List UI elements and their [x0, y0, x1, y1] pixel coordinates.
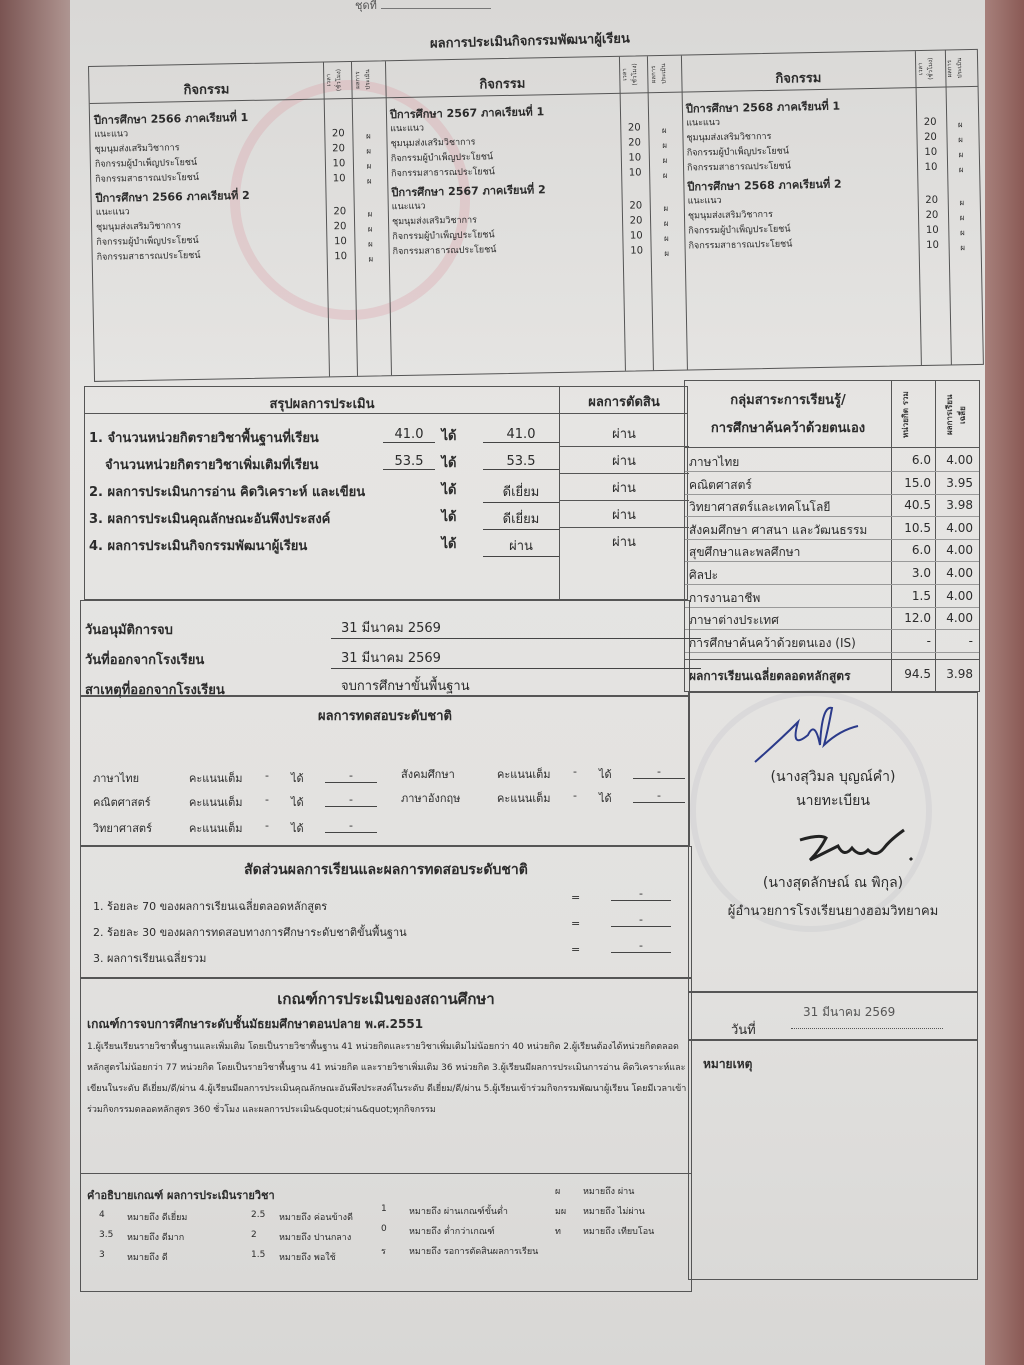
- summary-got: 53.5: [483, 454, 559, 470]
- result-header: ผลการประเมิน: [945, 52, 974, 85]
- subject-gpa: 4.00: [935, 611, 973, 625]
- subject-credits: 6.0: [891, 453, 931, 467]
- summary-decision: ผ่าน: [559, 450, 689, 471]
- legend-meaning: หมายถึง ปานกลาง: [279, 1230, 351, 1244]
- activity-name: กิจกรรมผู้บำเพ็ญประโยชน์: [96, 233, 198, 249]
- director-name: (นางสุดลักษณ์ ณ พิกุล): [688, 872, 978, 894]
- notes-label: หมายเหตุ: [703, 1055, 752, 1074]
- activity-name: ชุมนุมส่งเสริมวิชาการ: [392, 213, 477, 229]
- national-test-subject: สังคมศึกษา: [401, 765, 455, 783]
- summary-label: 1. จำนวนหน่วยกิตรายวิชาพื้นฐานที่เรียน: [89, 427, 319, 448]
- activity-name: กิจกรรมสาธารณประโยชน์: [688, 237, 792, 253]
- subject-credits: 3.0: [891, 566, 931, 580]
- leave-reason-value: จบการศึกษาขั้นพื้นฐาน: [331, 675, 701, 696]
- full-score-label: คะแนนเต็ม: [497, 765, 551, 783]
- activity-name: แนะแนว: [688, 193, 722, 208]
- subject-credits: 40.5: [891, 498, 931, 512]
- set-number-blank: [381, 8, 491, 9]
- subject-group-table: กลุ่มสาระการเรียนรู้/ การศึกษาค้นคว้าด้ว…: [684, 380, 980, 692]
- subject-gpa: 4.00: [935, 566, 973, 580]
- result-header: ผลการประเมิน: [649, 58, 678, 91]
- criteria-title: เกณฑ์การประเมินของสถานศึกษา: [81, 987, 691, 1011]
- legend-meaning: หมายถึง ไม่ผ่าน: [583, 1204, 645, 1218]
- ratio-value: -: [611, 939, 671, 953]
- subject-credits: 15.0: [891, 476, 931, 490]
- activity-hours: 20: [622, 200, 650, 212]
- activity-result: ผ: [949, 241, 977, 255]
- activity-name: กิจกรรมผู้บำเพ็ญประโยชน์: [392, 227, 494, 243]
- full-score-value: -: [265, 769, 269, 782]
- activity-name: กิจกรรมผู้บำเพ็ญประโยชน์: [95, 155, 197, 171]
- activity-name: กิจกรรมสาธารณประโยชน์: [391, 164, 495, 180]
- credits-header: หน่วยกิต รวม: [899, 387, 927, 443]
- subject-name: สังคมศึกษา ศาสนา และวัฒนธรรม: [689, 521, 867, 540]
- result-header: ผลการประเมิน: [353, 63, 382, 96]
- activity-hours: 20: [326, 221, 354, 233]
- got-label: ได้: [437, 479, 461, 500]
- ratio-label: 1. ร้อยละ 70 ของผลการเรียนเฉลี่ยตลอดหลัก…: [93, 897, 327, 915]
- legend-meaning: หมายถึง ดี: [127, 1250, 168, 1264]
- national-test-score: -: [633, 789, 685, 803]
- legend-code: 0: [381, 1224, 407, 1234]
- full-score-value: -: [573, 765, 577, 778]
- equals-sign: =: [571, 891, 580, 904]
- subject-header-line1: กลุ่มสาระการเรียนรู้/: [685, 389, 891, 410]
- subject-gpa: 4.00: [935, 589, 973, 603]
- activity-result: ผ: [947, 163, 975, 177]
- activity-result: ผ: [948, 211, 976, 225]
- ratio-label: 2. ร้อยละ 30 ของผลการทดสอบทางการศึกษาระด…: [93, 923, 407, 941]
- legend-meaning: หมายถึง ดีเยี่ยม: [127, 1210, 187, 1224]
- national-test-score: -: [325, 819, 377, 833]
- summary-got: ดีเยี่ยม: [483, 508, 559, 530]
- activity-name: แนะแนว: [94, 126, 128, 141]
- activity-name: กิจกรรมสาธารณประโยชน์: [392, 242, 496, 258]
- assessment-summary: สรุปผลการประเมิน ผลการตัดสิน 1. จำนวนหน่…: [84, 386, 688, 600]
- activity-name: แนะแนว: [96, 204, 130, 219]
- activity-hours: 20: [324, 128, 352, 140]
- activity-result: ผ: [356, 237, 384, 251]
- legend-code: 1: [381, 1204, 407, 1214]
- activity-hours: 10: [326, 236, 354, 248]
- full-score-label: คะแนนเต็ม: [189, 819, 243, 837]
- national-test-score: -: [325, 769, 377, 783]
- activity-name: แนะแนว: [686, 115, 720, 130]
- criteria-body: 1.ผู้เรียนเรียนรายวิชาพื้นฐานและเพิ่มเติ…: [87, 1037, 687, 1121]
- activity-table: กิจกรรมเวลา (ชั่วโมง)ผลการประเมินปีการศึ…: [88, 49, 984, 382]
- legend-code: 3: [99, 1250, 125, 1260]
- legend-code: 4: [99, 1210, 125, 1220]
- summary-got: ดีเยี่ยม: [483, 481, 559, 503]
- legend-meaning: หมายถึง ดีมาก: [127, 1230, 184, 1244]
- total-credits: 94.5: [891, 667, 931, 681]
- director-role: ผู้อำนวยการโรงเรียนยางฮอมวิทยาคม: [688, 900, 978, 921]
- activity-result: ผ: [355, 159, 383, 173]
- activity-name: กิจกรรมสาธารณประโยชน์: [95, 170, 199, 186]
- school-criteria: เกณฑ์การประเมินของสถานศึกษา เกณฑ์การจบกา…: [80, 978, 692, 1174]
- activity-hours: 20: [916, 132, 944, 144]
- legend-meaning: หมายถึง ค่อนข้างดี: [279, 1210, 353, 1224]
- activity-result: ผ: [948, 226, 976, 240]
- activity-name: กิจกรรมสาธารณประโยชน์: [97, 248, 201, 264]
- subject-credits: 1.5: [891, 589, 931, 603]
- full-score-label: คะแนนเต็ม: [189, 769, 243, 787]
- national-test-subject: ภาษาไทย: [93, 769, 139, 787]
- got-label: ได้: [599, 765, 612, 783]
- summary-decision: ผ่าน: [559, 504, 689, 525]
- got-label: ได้: [437, 452, 461, 473]
- subject-name: การงานอาชีพ: [689, 589, 760, 608]
- legend-code: 2.5: [251, 1210, 277, 1220]
- legend-meaning: หมายถึง ต่ำกว่าเกณฑ์: [409, 1224, 495, 1238]
- issue-date-section: วันที่ 31 มีนาคม 2569: [688, 992, 978, 1040]
- summary-decision: ผ่าน: [559, 423, 689, 444]
- gpa-header: ผลการเรียน เฉลี่ย: [943, 387, 971, 443]
- full-score-value: -: [573, 789, 577, 802]
- legend-meaning: หมายถึง พอใช้: [279, 1250, 336, 1264]
- overall-gpa: 3.98: [935, 667, 973, 681]
- activity-name: ชุมนุมส่งเสริมวิชาการ: [94, 140, 179, 156]
- issue-date-value: 31 มีนาคม 2569: [791, 1003, 943, 1029]
- activity-result: ผ: [947, 148, 975, 162]
- activity-name: แนะแนว: [392, 199, 426, 214]
- summary-label: 4. ผลการประเมินกิจกรรมพัฒนาผู้เรียน: [89, 535, 307, 556]
- approval-date-value: 31 มีนาคม 2569: [331, 617, 701, 639]
- subject-gpa: 3.95: [935, 476, 973, 490]
- subject-gpa: 4.00: [935, 543, 973, 557]
- activity-header: กิจกรรม: [681, 65, 915, 90]
- got-label: ได้: [291, 793, 304, 811]
- national-test-results: ผลการทดสอบระดับชาติ ภาษาไทยคะแนนเต็ม-ได้…: [80, 696, 690, 846]
- activity-result: ผ: [651, 139, 679, 153]
- activity-hours: 20: [620, 137, 648, 149]
- national-test-subject: ภาษาอังกฤษ: [401, 789, 460, 807]
- hours-header: เวลา (ชั่วโมง): [324, 64, 353, 97]
- activity-result: ผ: [651, 154, 679, 168]
- activity-hours: 20: [620, 122, 648, 134]
- subject-gpa: 3.98: [935, 498, 973, 512]
- full-score-label: คะแนนเต็ม: [189, 793, 243, 811]
- subject-name: วิทยาศาสตร์และเทคโนโลยี: [689, 498, 830, 517]
- national-test-subject: วิทยาศาสตร์: [93, 819, 152, 837]
- summary-label: 3. ผลการประเมินคุณลักษณะอันพึงประสงค์: [89, 508, 330, 529]
- activity-hours: 20: [916, 117, 944, 129]
- legend-code: 1.5: [251, 1250, 277, 1260]
- subject-gpa: 4.00: [935, 521, 973, 535]
- summary-decision: ผ่าน: [559, 477, 689, 498]
- subject-gpa: -: [935, 634, 973, 648]
- criteria-subtitle: เกณฑ์การจบการศึกษาระดับชั้นมัธยมศึกษาตอน…: [87, 1015, 423, 1034]
- subject-name: สุขศึกษาและพลศึกษา: [689, 543, 800, 562]
- set-number: ชุดที่: [355, 0, 491, 14]
- equals-sign: =: [571, 917, 580, 930]
- activity-hours: 20: [326, 206, 354, 218]
- activity-hours: 10: [325, 158, 353, 170]
- ratio-value: -: [611, 887, 671, 901]
- activity-name: กิจกรรมผู้บำเพ็ญประโยชน์: [391, 149, 493, 165]
- activity-name: กิจกรรมสาธารณประโยชน์: [687, 159, 791, 175]
- legend-title: คำอธิบายเกณฑ์ ผลการประเมินรายวิชา: [87, 1186, 275, 1204]
- summary-got: ผ่าน: [483, 535, 559, 557]
- activity-result: ผ: [357, 252, 385, 266]
- subject-header-line2: การศึกษาค้นคว้าด้วยตนเอง: [685, 417, 891, 438]
- full-score-label: คะแนนเต็ม: [497, 789, 551, 807]
- activity-name: ชุมนุมส่งเสริมวิชาการ: [686, 129, 771, 145]
- activity-hours: 10: [621, 167, 649, 179]
- activity-header: กิจกรรม: [89, 76, 323, 101]
- got-label: ได้: [437, 425, 461, 446]
- national-test-score: -: [633, 765, 685, 779]
- legend-meaning: หมายถึง ผ่าน: [583, 1184, 634, 1198]
- activity-hours: 10: [918, 240, 946, 252]
- legend-code: 2: [251, 1230, 277, 1240]
- got-label: ได้: [291, 819, 304, 837]
- activity-result: ผ: [650, 124, 678, 138]
- ratio-value: -: [611, 913, 671, 927]
- hours-header: เวลา (ชั่วโมง): [916, 53, 945, 86]
- registrar-name: (นางสุวิมล บุญณ์คำ): [688, 766, 978, 788]
- subject-name: ภาษาไทย: [689, 453, 739, 472]
- activity-name: กิจกรรมผู้บำเพ็ญประโยชน์: [687, 144, 789, 160]
- legend-code: 3.5: [99, 1230, 125, 1240]
- activity-result: ผ: [652, 232, 680, 246]
- activity-hours: 10: [325, 173, 353, 185]
- full-score-value: -: [265, 793, 269, 806]
- national-test-subject: คณิตศาสตร์: [93, 793, 151, 811]
- activity-hours: 10: [621, 152, 649, 164]
- set-number-label: ชุดที่: [355, 0, 377, 12]
- leave-date-value: 31 มีนาคม 2569: [331, 647, 701, 669]
- summary-studied: 53.5: [383, 454, 435, 470]
- ratio-title: สัดส่วนผลการเรียนและผลการทดสอบระดับชาติ: [81, 859, 691, 881]
- activity-result: ผ: [355, 174, 383, 188]
- activity-hours: 10: [917, 162, 945, 174]
- hours-header: เวลา (ชั่วโมง): [620, 58, 649, 91]
- activity-result: ผ: [652, 202, 680, 216]
- activity-hours: 20: [918, 210, 946, 222]
- registrar-signature: [750, 700, 870, 770]
- activity-hours: 20: [622, 215, 650, 227]
- activity-result: ผ: [355, 144, 383, 158]
- got-label: ได้: [599, 789, 612, 807]
- summary-decision: ผ่าน: [559, 531, 689, 552]
- activity-result: ผ: [651, 169, 679, 183]
- activity-result: ผ: [354, 129, 382, 143]
- subject-name: การศึกษาค้นคว้าด้วยตนเอง (IS): [689, 634, 856, 653]
- legend-code: ผ: [555, 1184, 581, 1198]
- subject-credits: -: [891, 634, 931, 648]
- activity-result: ผ: [946, 133, 974, 147]
- subject-name: ภาษาต่างประเทศ: [689, 611, 779, 630]
- notes-section: หมายเหตุ: [688, 1040, 978, 1280]
- activity-result: ผ: [652, 217, 680, 231]
- activity-name: แนะแนว: [390, 121, 424, 136]
- activity-hours: 10: [327, 251, 355, 263]
- legend-meaning: หมายถึง ผ่านเกณฑ์ขั้นต่ำ: [409, 1204, 508, 1218]
- approval-date-label: วันอนุมัติการจบ: [85, 619, 173, 640]
- activity-name: ชุมนุมส่งเสริมวิชาการ: [688, 207, 773, 223]
- activity-hours: 10: [622, 230, 650, 242]
- activity-result: ผ: [948, 196, 976, 210]
- legend-meaning: หมายถึง เทียบโอน: [583, 1224, 654, 1238]
- registrar-role: นายทะเบียน: [688, 790, 978, 812]
- full-score-value: -: [265, 819, 269, 832]
- graduation-dates: วันอนุมัติการจบ 31 มีนาคม 2569 วันที่ออก…: [80, 600, 690, 696]
- activity-name: ชุมนุมส่งเสริมวิชาการ: [96, 218, 181, 234]
- got-label: ได้: [437, 506, 461, 527]
- activity-result: ผ: [653, 247, 681, 261]
- leave-date-label: วันที่ออกจากโรงเรียน: [85, 649, 204, 670]
- subject-gpa: 4.00: [935, 453, 973, 467]
- overall-gpa-label: ผลการเรียนเฉลี่ยตลอดหลักสูตร: [689, 667, 851, 686]
- subject-credits: 10.5: [891, 521, 931, 535]
- issue-date-label: วันที่: [731, 1019, 756, 1040]
- ratio-label: 3. ผลการเรียนเฉลี่ยรวม: [93, 949, 206, 967]
- legend-code: ร: [381, 1244, 407, 1258]
- got-label: ได้: [437, 533, 461, 554]
- subject-credits: 12.0: [891, 611, 931, 625]
- activity-result: ผ: [356, 207, 384, 221]
- activity-result: ผ: [946, 118, 974, 132]
- national-test-title: ผลการทดสอบระดับชาติ: [81, 705, 689, 726]
- activity-result: ผ: [356, 222, 384, 236]
- legend-meaning: หมายถึง รอการตัดสินผลการเรียน: [409, 1244, 538, 1258]
- legend-code: มผ: [555, 1204, 581, 1218]
- got-label: ได้: [291, 769, 304, 787]
- equals-sign: =: [571, 943, 580, 956]
- national-test-score: -: [325, 793, 377, 807]
- summary-label: จำนวนหน่วยกิตรายวิชาเพิ่มเติมที่เรียน: [105, 454, 319, 475]
- activity-hours: 10: [917, 147, 945, 159]
- activity-hours: 20: [918, 195, 946, 207]
- director-signature: [780, 820, 930, 880]
- activity-hours: 10: [623, 245, 651, 257]
- activity-header: กิจกรรม: [385, 71, 619, 96]
- subject-name: ศิลปะ: [689, 566, 718, 585]
- grade-legend: คำอธิบายเกณฑ์ ผลการประเมินรายวิชา 4หมายถ…: [80, 1174, 692, 1292]
- activity-name: ชุมนุมส่งเสริมวิชาการ: [390, 135, 475, 151]
- summary-studied: 41.0: [383, 427, 435, 443]
- activity-name: กิจกรรมผู้บำเพ็ญประโยชน์: [688, 222, 790, 238]
- summary-header: สรุปผลการประเมิน: [85, 393, 559, 414]
- activity-hours: 10: [918, 225, 946, 237]
- legend-code: ท: [555, 1224, 581, 1238]
- decision-header: ผลการตัดสิน: [559, 391, 689, 412]
- activity-hours: 20: [325, 143, 353, 155]
- summary-label: 2. ผลการประเมินการอ่าน คิดวิเคราะห์ และเ…: [89, 481, 365, 502]
- summary-got: 41.0: [483, 427, 559, 443]
- subject-credits: 6.0: [891, 543, 931, 557]
- subject-name: คณิตศาสตร์: [689, 476, 752, 495]
- grade-ratio-section: สัดส่วนผลการเรียนและผลการทดสอบระดับชาติ …: [80, 846, 692, 978]
